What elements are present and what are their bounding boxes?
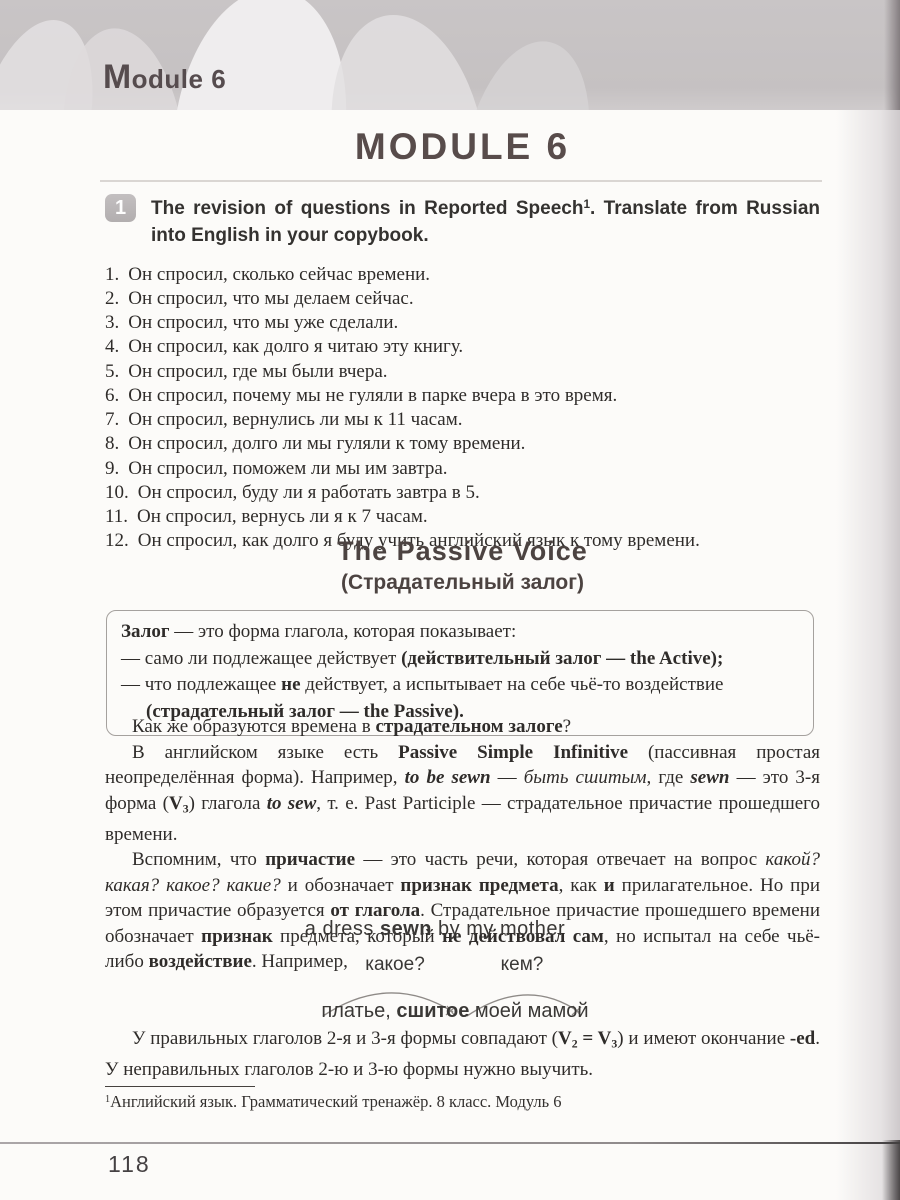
item-number: 6. bbox=[105, 384, 119, 408]
item-text: Он спросил, вернулись ли мы к 11 часам. bbox=[128, 409, 462, 430]
item-number: 10. bbox=[105, 481, 129, 505]
item-text: Он спросил, буду ли я работать завтра в … bbox=[138, 482, 480, 503]
exercise-list: 1.Он спросил, сколько сейчас времени. 2.… bbox=[105, 263, 820, 553]
item-text: Он спросил, долго ли мы гуляли к тому вр… bbox=[128, 433, 525, 454]
exercise-task: The revision of questions in Reported Sp… bbox=[151, 191, 820, 249]
title-divider bbox=[100, 180, 822, 182]
example-diagram: a dress sewn by my mother какое? кем? пл… bbox=[105, 918, 820, 1026]
item-text: Он спросил, что мы делаем сейчас. bbox=[128, 288, 413, 309]
item-number: 4. bbox=[105, 335, 119, 359]
banner-petal bbox=[452, 30, 609, 110]
example-english: a dress sewn by my mother bbox=[105, 918, 765, 941]
list-item: 10.Он спросил, буду ли я работать завтра… bbox=[105, 481, 820, 505]
list-item: 5.Он спросил, где мы были вчера. bbox=[105, 360, 820, 384]
list-item: 11.Он спросил, вернусь ли я к 7 часам. bbox=[105, 505, 820, 529]
item-text: Он спросил, как долго я читаю эту книгу. bbox=[128, 336, 463, 357]
final-paragraph-wrap: У правильных глаголов 2-я и 3-я формы со… bbox=[105, 1026, 820, 1083]
list-item: 1.Он спросил, сколько сейчас времени. bbox=[105, 263, 820, 287]
banner-petal bbox=[312, 3, 498, 110]
exercise-1: 1 The revision of questions in Reported … bbox=[105, 191, 820, 553]
definition-line: Залог — это форма глагола, которая показ… bbox=[121, 619, 799, 646]
footnote: 1Английский язык. Грамматический тренажё… bbox=[105, 1086, 820, 1112]
arrow-label-what: какое? bbox=[350, 954, 440, 976]
item-number: 8. bbox=[105, 432, 119, 456]
page-title: MODULE 6 bbox=[105, 126, 820, 168]
list-item: 2.Он спросил, что мы делаем сейчас. bbox=[105, 287, 820, 311]
item-text: Он спросил, что мы уже сделали. bbox=[128, 312, 398, 333]
section-heading-russian: (Страдательный залог) bbox=[105, 571, 820, 595]
footer-divider bbox=[0, 1142, 900, 1144]
page-edge-shadow bbox=[836, 110, 900, 1200]
footnote-text: 1Английский язык. Грамматический тренажё… bbox=[105, 1092, 820, 1112]
item-text: Он спросил, вернусь ли я к 7 часам. bbox=[137, 506, 428, 527]
list-item: 9.Он спросил, поможем ли мы им завтра. bbox=[105, 457, 820, 481]
page-edge-shadow-top bbox=[884, 0, 900, 110]
list-item: 8.Он спросил, долго ли мы гуляли к тому … bbox=[105, 432, 820, 456]
item-text: Он спросил, почему мы не гуляли в парке … bbox=[128, 385, 617, 406]
definition-line: — само ли подлежащее действует (действит… bbox=[121, 646, 799, 673]
paragraph: Как же образуются времена в страдательно… bbox=[105, 714, 820, 740]
page-number: 118 bbox=[108, 1151, 151, 1178]
page-edge-shadow-bottom bbox=[882, 1140, 900, 1200]
module-banner-label: Module 6 bbox=[103, 58, 226, 97]
arrow-label-whom: кем? bbox=[487, 954, 557, 976]
list-item: 7.Он спросил, вернулись ли мы к 11 часам… bbox=[105, 408, 820, 432]
item-text: Он спросил, поможем ли мы им завтра. bbox=[128, 458, 447, 479]
item-number: 11. bbox=[105, 505, 128, 529]
module-banner: Module 6 bbox=[0, 0, 900, 110]
exercise-number-badge: 1 bbox=[105, 194, 136, 222]
paragraph: В английском языке есть Passive Simple I… bbox=[105, 740, 820, 848]
footnote-divider bbox=[105, 1086, 255, 1087]
item-number: 3. bbox=[105, 311, 119, 335]
item-text: Он спросил, сколько сейчас времени. bbox=[128, 264, 430, 285]
item-number: 2. bbox=[105, 287, 119, 311]
list-item: 4.Он спросил, как долго я читаю эту книг… bbox=[105, 335, 820, 359]
section-heading: The Passive Voice (Страдательный залог) bbox=[105, 536, 820, 595]
example-russian: платье, сшитое моей мамой bbox=[105, 1000, 805, 1023]
item-number: 7. bbox=[105, 408, 119, 432]
list-item: 3.Он спросил, что мы уже сделали. bbox=[105, 311, 820, 335]
list-item: 6.Он спросил, почему мы не гуляли в парк… bbox=[105, 384, 820, 408]
item-number: 9. bbox=[105, 457, 119, 481]
section-heading-english: The Passive Voice bbox=[105, 536, 820, 567]
item-number: 5. bbox=[105, 360, 119, 384]
paragraph: У правильных глаголов 2-я и 3-я формы со… bbox=[105, 1026, 820, 1083]
item-text: Он спросил, где мы были вчера. bbox=[128, 361, 387, 382]
item-number: 1. bbox=[105, 263, 119, 287]
